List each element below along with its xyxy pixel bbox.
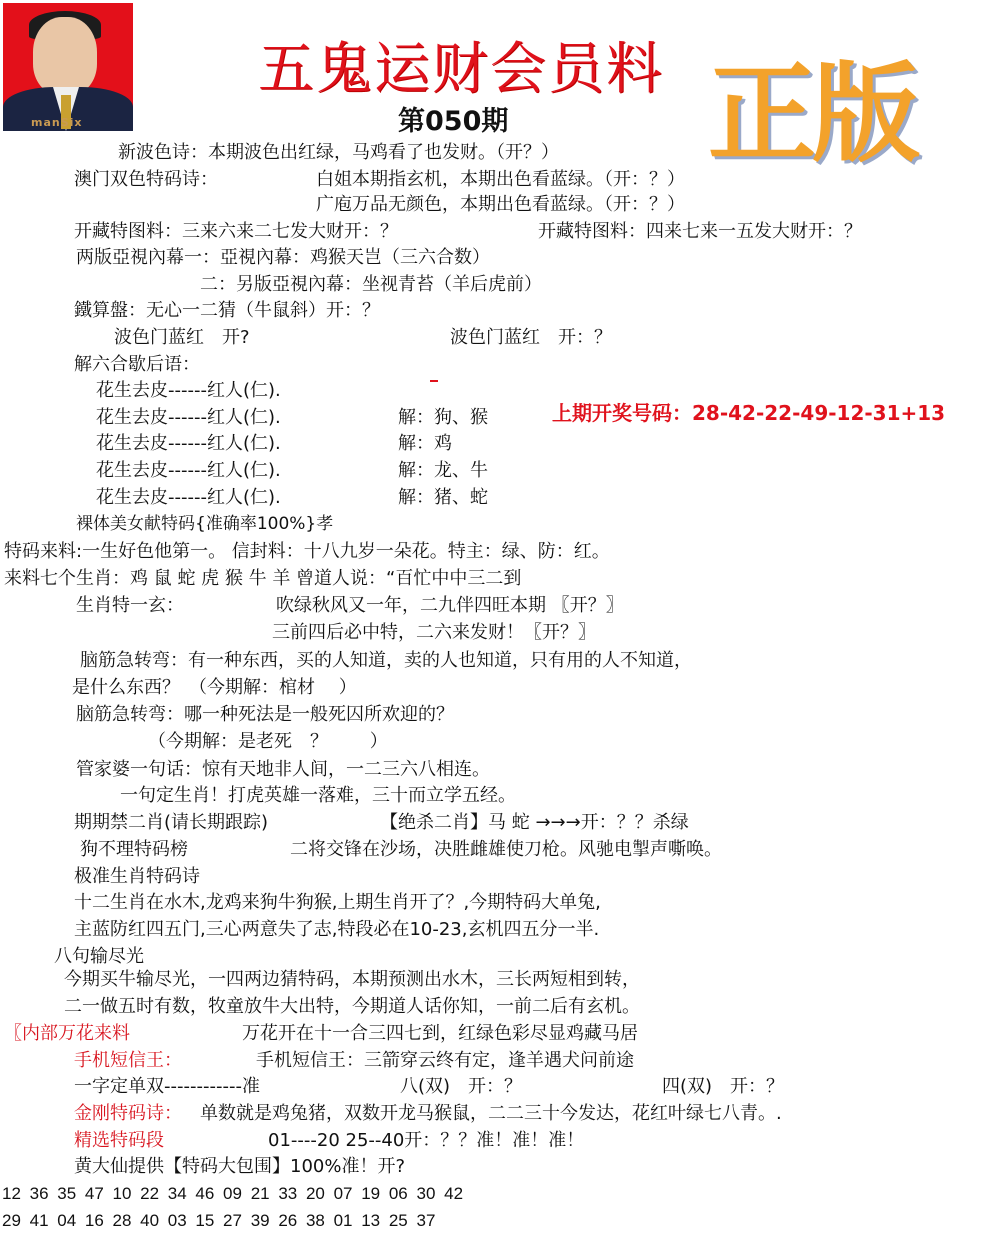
selected-range-text: 01----20 25--40开：？？准！准！准！ [268, 1132, 584, 1150]
wave-color-poem: 新波色诗：本期波色出红绿，马鸡看了也发财。（开？） [118, 144, 559, 162]
atv-insider-1: 两版亞視內幕一：亞視內幕：鸡猴天岂（三六合数） [76, 249, 490, 267]
riddle-a-3: 解：鸡 [398, 435, 452, 453]
last-draw-numbers: 上期开奖号码：28-42-22-49-12-31+13 [552, 403, 945, 423]
odd-even-label: 一字定单双------------准 [74, 1078, 260, 1096]
number-row-2: 29 41 04 16 28 40 03 15 27 39 26 38 01 1… [2, 1212, 435, 1229]
portrait-brand: manSix [31, 116, 83, 129]
portrait-photo: manSix [3, 3, 133, 131]
odd-even-pick-1: 八(双) 开：？ [400, 1078, 522, 1096]
riddle-q-5: 花生去皮------红人(仁). [96, 489, 281, 507]
hidden-chart-right: 开藏特图料：四来七来一五发大财开：？ [538, 223, 862, 241]
housekeeper-phrase: 管家婆一句话：惊有天地非人间，一二三六八相连。 [76, 761, 490, 779]
vajra-poem-text: 单数就是鸡兔猪，双数开龙马猴鼠，二二三十今发达，花红叶绿七八青。. [200, 1105, 782, 1123]
macau-poem-line1: 白姐本期指玄机，本期出色看蓝绿。（开：？） [316, 171, 685, 189]
riddle-q-1: 花生去皮------红人(仁). [96, 382, 281, 400]
odd-even-pick-2: 四(双) 开：？ [662, 1078, 784, 1096]
hidden-chart-left: 开藏特图料：三来六来二七发大财开：？ [74, 223, 398, 241]
wanhua-text: 万花开在十一合三四七到，红绿色彩尽显鸡藏马居 [242, 1025, 638, 1043]
wong-tai-sin-banner: 黄大仙提供【特码大包围】100%准！开? [74, 1158, 405, 1176]
eight-lines-1: 今期买牛输尽光，一四两边猜特码，本期预测出水木，三长两短相到转， [64, 971, 640, 989]
selected-range-label: 精选特码段 [74, 1132, 164, 1150]
wave-door-left: 波色门蓝红 开? [114, 329, 250, 347]
sms-king-text: 手机短信王：三箭穿云终有定，逢羊遇犬问前途 [256, 1052, 634, 1070]
riddle-a-4: 解：龙、牛 [398, 462, 488, 480]
macau-poem-line2: 广庖万品无颜色，本期出色看蓝绿。（开：？） [316, 196, 685, 214]
ban-two-zodiacs-label: 期期禁二肖(请长期跟踪) [74, 814, 268, 832]
eight-lines-heading: 八句输尽光 [54, 948, 144, 966]
seven-zodiacs: 来料七个生肖：鸡 鼠 蛇 虎 猴 牛 羊 曾道人说：“百忙中中三二到 [4, 570, 521, 588]
portrait-face [33, 17, 97, 95]
riddle-a-2: 解：狗、猴 [398, 409, 488, 427]
riddle-q-4: 花生去皮------红人(仁). [96, 462, 281, 480]
issue-number: 第050期 [398, 108, 508, 135]
zodiac-mystery-line2: 三前四后必中特，二六来发财！〖开？〗 [272, 624, 596, 642]
vajra-poem-label: 金刚特码诗： [74, 1105, 182, 1123]
atv-insider-2: 二：另版亞視內幕：坐视青苔（羊后虎前） [200, 276, 542, 294]
riddle-a-5: 解：猪、蛇 [398, 489, 488, 507]
goubuli-label: 狗不理特码榜 [80, 841, 188, 859]
riddle-q-2: 花生去皮------红人(仁). [96, 409, 281, 427]
riddle-q-3: 花生去皮------红人(仁). [96, 435, 281, 453]
beauty-special-code: 裸体美女献特码{准确率100%}孝 [76, 516, 333, 533]
zodiac-mystery-line1: 吹绿秋风又一年，二九伴四旺本期 〖开？〗 [276, 597, 624, 615]
accurate-zodiac-poem-line1: 十二生肖在水木,龙鸡来狗牛狗猴,上期生肖开了？,今期特码大单兔, [74, 894, 601, 912]
special-code-source: 特码来料:一生好色他第一。 信封料：十八九岁一朵花。特主：绿、防：红。 [4, 543, 610, 561]
authentic-stamp: 正版 [708, 60, 916, 168]
sms-king-label: 手机短信王： [74, 1052, 182, 1070]
one-phrase-zodiac: 一句定生肖！打虎英雄一落难，三十而立学五经。 [120, 787, 516, 805]
brain-teaser-1: 脑筋急转弯：有一种东西，买的人知道，卖的人也知道，只有用的人不知道， [80, 652, 692, 670]
zodiac-mystery-label: 生肖特一玄： [76, 597, 184, 615]
brain-teaser-2-answer: （今期解：是老死 ？ ） [148, 733, 388, 751]
brain-teaser-2: 脑筋急转弯：哪一种死法是一般死囚所欢迎的？ [76, 706, 454, 724]
accurate-zodiac-poem-heading: 极准生肖特码诗 [74, 868, 200, 886]
eight-lines-2: 二一做五时有数，牧童放牛大出特，今期道人话你知，一前二后有玄机。 [64, 998, 640, 1016]
page-title: 五鬼运财会员料 [258, 42, 664, 98]
macau-poem-label: 澳门双色特码诗： [74, 171, 218, 189]
iron-abacus: 鐵算盤：无心一二猜（牛鼠斜）开：？ [74, 302, 380, 320]
riddle-heading: 解六合歇后语： [74, 356, 200, 374]
red-dash-mark [430, 380, 438, 382]
wave-door-right: 波色门蓝红 开：？ [450, 329, 612, 347]
wanhua-label: 〖内部万花来料 [4, 1025, 130, 1043]
accurate-zodiac-poem-line2: 主蓝防红四五门,三心两意失了志,特段必在10-23,玄机四五分一半. [74, 921, 599, 939]
number-row-1: 12 36 35 47 10 22 34 46 09 21 33 20 07 1… [2, 1185, 463, 1202]
kill-two-zodiacs: 【绝杀二肖】马 蛇 →→→开：？？杀绿 [380, 814, 689, 832]
brain-teaser-1-answer: 是什么东西？ （今期解：棺材 ） [72, 679, 357, 697]
goubuli-poem: 二将交锋在沙场，决胜雌雄使刀枪。风驰电掣声嘶唤。 [290, 841, 722, 859]
